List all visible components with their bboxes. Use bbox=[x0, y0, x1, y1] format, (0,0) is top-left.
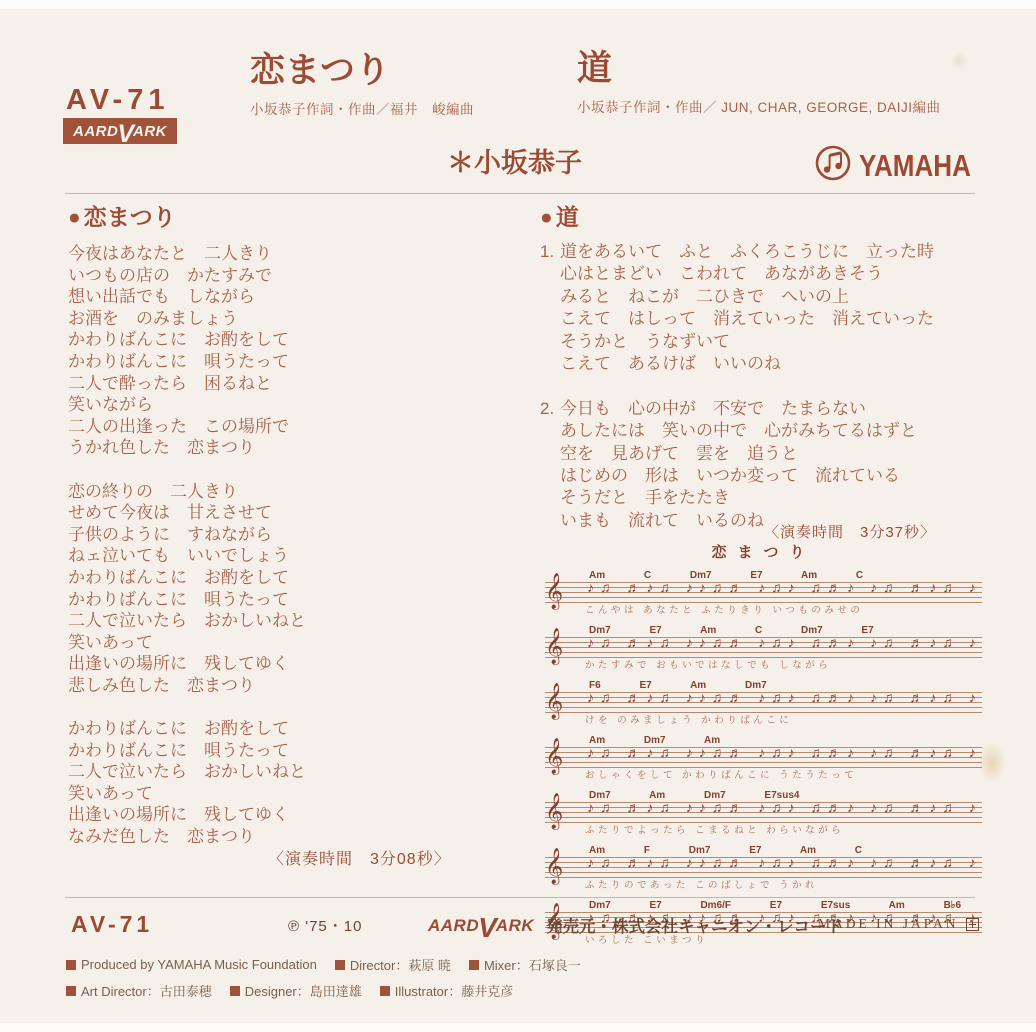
song2-credit: 小坂恭子作詞・作曲／ JUN, CHAR, GEORGE, DAIJI編曲 bbox=[577, 96, 941, 116]
note-glyphs: ♪♫ ♬♪♫ ♪♪♫♬ ♪♫♪ ♫♬♪ ♪♫ ♬♪♫ ♪♫♬ bbox=[587, 579, 980, 605]
song1-credit: 小坂恭子作詞・作曲／福井 峻編曲 bbox=[250, 98, 474, 118]
koimatsuri-section-header: ● 恋まつり bbox=[68, 206, 498, 229]
lyric-line: 二人の出逢った この場所で bbox=[68, 416, 498, 438]
verse-number bbox=[540, 443, 560, 465]
lyric-line: みると ねこが 二ひきで へいの上 bbox=[540, 286, 985, 308]
music-stave: Dm7 E7 Am C Dm7 E7 𝄞 ♪♫ ♬♪♫ ♪♪♫♬ ♪♫♪ ♫♬♪… bbox=[545, 624, 982, 672]
credit-item: Illustrator：藤井克彦 bbox=[380, 981, 513, 1000]
made-in-japan: MADE IN JAPAN bbox=[818, 916, 979, 932]
lyric-text: 心はとまどい こわれて あながあきそう bbox=[560, 263, 883, 285]
lyric-text: こえて あるけば いいのね bbox=[560, 353, 781, 375]
sheet-music-staves: Am C Dm7 E7 Am C 𝄞 ♪♫ ♬♪♫ ♪♪♫♬ ♪♫♪ ♫♬♪ ♪… bbox=[545, 569, 982, 947]
music-stave: Am Dm7 Am 𝄞 ♪♫ ♬♪♫ ♪♪♫♬ ♪♫♪ ♫♬♪ ♪♫ ♬♪♫ ♪… bbox=[545, 734, 982, 782]
credit-text: Illustrator：藤井克彦 bbox=[395, 981, 513, 1000]
lyric-line: うかれ色した 恋まつり bbox=[68, 437, 498, 459]
note-glyphs: ♪♫ ♬♪♫ ♪♪♫♬ ♪♫♪ ♫♬♪ ♪♫ ♬♪♫ ♪♫♬ bbox=[587, 799, 980, 825]
lyric-line: 悲しみ色した 恋まつり bbox=[68, 675, 498, 697]
lyric-line: 子供のように すねながら bbox=[68, 524, 498, 546]
treble-clef-icon: 𝄞 bbox=[545, 740, 563, 771]
credits-line-1: Produced by YAMAHA Music Foundation Dire… bbox=[66, 955, 971, 974]
credit-item: Produced by YAMAHA Music Foundation bbox=[66, 957, 317, 972]
lyric-line: せめて今夜は 甘えさせて bbox=[68, 502, 498, 524]
lyric-line: 1. 道をあるいて ふと ふくろこうじに 立った時 bbox=[540, 241, 985, 263]
pressing-date: ℗ '75・10 bbox=[288, 915, 362, 936]
square-bullet-icon bbox=[66, 960, 76, 970]
stave-lyrics: こんやは あなたと ふたりきり いつものみせの bbox=[545, 605, 982, 617]
lyric-line: なみだ色した 恋まつり bbox=[68, 826, 498, 848]
michi-lyrics: 1. 道をあるいて ふと ふくろこうじに 立った時 心はとまどい こわれて あな… bbox=[540, 241, 985, 532]
boxed-seal-mark bbox=[966, 918, 979, 931]
lyric-text: いまも 流れて いるのね bbox=[560, 510, 764, 532]
lyric-line: こえて はしって 消えていった 消えていった bbox=[540, 308, 985, 330]
koimatsuri-duration: 〈演奏時間 3分08秒〉 bbox=[268, 846, 451, 869]
lyric-line bbox=[68, 696, 498, 718]
catalog-number: AV-71 bbox=[66, 84, 169, 117]
note-glyphs: ♪♫ ♬♪♫ ♪♪♫♬ ♪♫♪ ♫♬♪ ♪♫ ♬♪♫ ♪♫♬ bbox=[587, 689, 980, 715]
section-title: 道 bbox=[556, 206, 579, 229]
treble-clef-icon: 𝄞 bbox=[545, 685, 563, 716]
aardvark-logo: AARDVARK bbox=[63, 118, 177, 144]
koimatsuri-lyrics-column: ● 恋まつり 今夜はあなたと 二人きり いつもの店の かたすみで 想い出話でも … bbox=[68, 206, 498, 848]
lyric-text: そうかと うなずいて bbox=[560, 331, 730, 353]
credit-item: Mixer：石塚良一 bbox=[469, 955, 581, 974]
stave-lyrics: けを のみましょう かわりばんこに bbox=[545, 715, 982, 727]
verse-number bbox=[540, 420, 560, 442]
lyric-text: こえて はしって 消えていった 消えていった bbox=[560, 308, 934, 330]
yamaha-wordmark: YAMAHA bbox=[859, 148, 971, 184]
verse-number bbox=[540, 286, 560, 308]
credit-item: Designer：島田達雄 bbox=[230, 981, 362, 1000]
lyric-line: 空を 見あげて 雲を 追うと bbox=[540, 443, 985, 465]
credit-text: Produced by YAMAHA Music Foundation bbox=[81, 957, 317, 972]
staff-lines: 𝄞 ♪♫ ♬♪♫ ♪♪♫♬ ♪♫♪ ♫♬♪ ♪♫ ♬♪♫ ♪♫♬ bbox=[545, 802, 982, 823]
lyric-line: 出逢いの場所に 残してゆく bbox=[68, 804, 498, 826]
header-divider bbox=[65, 193, 975, 194]
lyric-line: 二人で酔ったら 困るねと bbox=[68, 373, 498, 395]
publisher-text: 発売元・株式会社キャニオン・レコード bbox=[546, 913, 843, 937]
note-glyphs: ♪♫ ♬♪♫ ♪♪♫♬ ♪♫♪ ♫♬♪ ♪♫ ♬♪♫ ♪♫♬ bbox=[587, 634, 980, 660]
lyric-line: かわりばんこに お酌をして bbox=[68, 567, 498, 589]
square-bullet-icon bbox=[335, 960, 345, 970]
lyric-line: はじめの 形は いつか変って 流れている bbox=[540, 465, 985, 487]
lyric-line: かわりばんこに お酌をして bbox=[68, 718, 498, 740]
verse-number bbox=[540, 353, 560, 375]
yamaha-logo: YAMAHA bbox=[814, 144, 992, 187]
lyric-line: かわりばんこに お酌をして bbox=[68, 329, 498, 351]
lyric-line: 心はとまどい こわれて あながあきそう bbox=[540, 263, 985, 285]
lyric-line: 笑いながら bbox=[68, 394, 498, 416]
staff-lines: 𝄞 ♪♫ ♬♪♫ ♪♪♫♬ ♪♫♪ ♫♬♪ ♪♫ ♬♪♫ ♪♫♬ bbox=[545, 637, 982, 658]
section-title: 恋まつり bbox=[84, 206, 176, 229]
staff-lines: 𝄞 ♪♫ ♬♪♫ ♪♪♫♬ ♪♫♪ ♫♬♪ ♪♫ ♬♪♫ ♪♫♬ bbox=[545, 747, 982, 768]
lyric-line: かわりばんこに 唄うたって bbox=[68, 589, 498, 611]
staff-lines: 𝄞 ♪♫ ♬♪♫ ♪♪♫♬ ♪♫♪ ♫♬♪ ♪♫ ♬♪♫ ♪♫♬ bbox=[545, 692, 982, 713]
credit-item: Art Director：古田泰穂 bbox=[66, 981, 212, 1000]
lyric-line: そうかと うなずいて bbox=[540, 331, 985, 353]
lyric-line: 出逢いの場所に 残してゆく bbox=[68, 653, 498, 675]
credits-line-2: Art Director：古田泰穂 Designer：島田達雄 Illustra… bbox=[66, 981, 971, 1000]
sheet-music: 恋まつり Am C Dm7 E7 Am C 𝄞 ♪♫ ♬♪♫ ♪♪♫♬ ♪♫♪ … bbox=[545, 541, 982, 947]
verse-number bbox=[540, 263, 560, 285]
scan-edge-bottom bbox=[0, 1023, 1036, 1032]
music-stave: Dm7 Am Dm7 E7sus4 𝄞 ♪♫ ♬♪♫ ♪♪♫♬ ♪♫♪ ♫♬♪ … bbox=[545, 789, 982, 837]
song1-title: 恋まつり bbox=[250, 52, 474, 91]
lyric-line: 笑いあって bbox=[68, 783, 498, 805]
credit-text: Art Director：古田泰穂 bbox=[81, 981, 212, 1000]
aardvark-logo-text: ARK bbox=[133, 124, 167, 139]
stave-lyrics: おしゃくをして かわりばんこに うたうたって bbox=[545, 770, 982, 782]
credit-text: Mixer：石塚良一 bbox=[484, 955, 581, 974]
lyric-line: そうだと 手をたたき bbox=[540, 487, 985, 509]
lyric-line: 恋の終りの 二人きり bbox=[68, 481, 498, 503]
lyric-line bbox=[68, 459, 498, 481]
verse-number bbox=[540, 308, 560, 330]
michi-duration: 〈演奏時間 3分37秒〉 bbox=[764, 521, 936, 542]
aardvark-logo-text: ARK bbox=[496, 917, 534, 934]
tuning-fork-icon bbox=[814, 144, 852, 187]
treble-clef-icon: 𝄞 bbox=[545, 630, 563, 661]
lyric-text: そうだと 手をたたき bbox=[560, 487, 730, 509]
made-in-text: MADE IN JAPAN bbox=[818, 916, 959, 932]
treble-clef-icon: 𝄞 bbox=[545, 795, 563, 826]
note-glyphs: ♪♫ ♬♪♫ ♪♪♫♬ ♪♫♪ ♫♬♪ ♪♫ ♬♪♫ ♪♫♬ bbox=[587, 744, 980, 770]
lyric-text: あしたには 笑いの中で 心がみちてるはずと bbox=[560, 420, 917, 442]
lyric-line: 想い出話でも しながら bbox=[68, 286, 498, 308]
lyric-line: ねェ泣いても いいでしょう bbox=[68, 545, 498, 567]
aardvark-logo-footer: AARDVARK bbox=[428, 911, 534, 939]
lyric-text: 空を 見あげて 雲を 追うと bbox=[560, 443, 798, 465]
aardvark-logo-v: V bbox=[117, 122, 134, 147]
footer-catalog-number: AV-71 bbox=[71, 911, 153, 938]
lyric-line: 二人で泣いたら おかしいねと bbox=[68, 761, 498, 783]
staff-lines: 𝄞 ♪♫ ♬♪♫ ♪♪♫♬ ♪♫♪ ♫♬♪ ♪♫ ♬♪♫ ♪♫♬ bbox=[545, 582, 982, 603]
verse-number: 2. bbox=[540, 398, 560, 420]
stave-lyrics: ふたりのであった このばしょで うかれ bbox=[545, 880, 982, 892]
square-bullet-icon bbox=[380, 986, 390, 996]
credit-text: Director：萩原 暁 bbox=[350, 955, 451, 974]
sheet-music-title: 恋まつり bbox=[545, 541, 982, 562]
verse-number bbox=[540, 331, 560, 353]
lyric-line: いつもの店の かたすみで bbox=[68, 265, 498, 287]
music-stave: Am C Dm7 E7 Am C 𝄞 ♪♫ ♬♪♫ ♪♪♫♬ ♪♫♪ ♫♬♪ ♪… bbox=[545, 569, 982, 617]
koimatsuri-lyrics: 今夜はあなたと 二人きり いつもの店の かたすみで 想い出話でも しながら お酒… bbox=[68, 243, 498, 848]
verse-number bbox=[540, 510, 560, 532]
song2-header: 道 小坂恭子作詞・作曲／ JUN, CHAR, GEORGE, DAIJI編曲 bbox=[577, 50, 941, 116]
lyric-line: あしたには 笑いの中で 心がみちてるはずと bbox=[540, 420, 985, 442]
music-stave: F6 E7 Am Dm7 𝄞 ♪♫ ♬♪♫ ♪♪♫♬ ♪♫♪ ♫♬♪ ♪♫ ♬♪… bbox=[545, 679, 982, 727]
stave-lyrics: ふたりでよったら こまるねと わらいながら bbox=[545, 825, 982, 837]
verse-number: 1. bbox=[540, 241, 560, 263]
scan-edge-top bbox=[0, 0, 1036, 9]
production-credits: Produced by YAMAHA Music Foundation Dire… bbox=[66, 955, 971, 1007]
michi-lyrics-column: ● 道 1. 道をあるいて ふと ふくろこうじに 立った時 心はとまどい こわれ… bbox=[540, 206, 985, 532]
credit-text: Designer：島田達雄 bbox=[245, 981, 362, 1000]
square-bullet-icon bbox=[230, 986, 240, 996]
square-bullet-icon bbox=[469, 960, 479, 970]
lyric-text: 今日も 心の中が 不安で たまらない bbox=[560, 398, 866, 420]
verse-number bbox=[540, 487, 560, 509]
verse-number bbox=[540, 375, 560, 397]
bullet-icon: ● bbox=[68, 207, 81, 228]
aardvark-logo-text: AARD bbox=[428, 917, 479, 934]
aardvark-logo-text: AARD bbox=[73, 124, 118, 139]
lyric-text: みると ねこが 二ひきで へいの上 bbox=[560, 286, 849, 308]
treble-clef-icon: 𝄞 bbox=[545, 575, 563, 606]
aardvark-logo-v: V bbox=[478, 914, 497, 942]
stave-lyrics: かたすみで おもいではなしでも しながら bbox=[545, 660, 982, 672]
song1-header: 恋まつり 小坂恭子作詞・作曲／福井 峻編曲 bbox=[250, 52, 474, 118]
square-bullet-icon bbox=[66, 986, 76, 996]
lyric-line: かわりばんこに 唄うたって bbox=[68, 351, 498, 373]
song2-title: 道 bbox=[577, 50, 941, 89]
credit-item: Director：萩原 暁 bbox=[335, 955, 451, 974]
michi-section-header: ● 道 bbox=[540, 206, 985, 229]
lyric-line: かわりばんこに 唄うたって bbox=[68, 740, 498, 762]
footer-divider bbox=[65, 897, 975, 898]
lyric-line: こえて あるけば いいのね bbox=[540, 353, 985, 375]
lyric-line: 二人で泣いたら おかしいねと bbox=[68, 610, 498, 632]
lyric-line: 2. 今日も 心の中が 不安で たまらない bbox=[540, 398, 985, 420]
note-glyphs: ♪♫ ♬♪♫ ♪♪♫♬ ♪♫♪ ♫♬♪ ♪♫ ♬♪♫ ♪♫♬ bbox=[587, 854, 980, 880]
bullet-icon: ● bbox=[540, 207, 553, 228]
treble-clef-icon: 𝄞 bbox=[545, 850, 563, 881]
lyric-line: 笑いあって bbox=[68, 632, 498, 654]
lyric-line bbox=[540, 375, 985, 397]
lyric-line: 今夜はあなたと 二人きり bbox=[68, 243, 498, 265]
artist-name: ＊小坂恭子 bbox=[447, 141, 582, 180]
verse-number bbox=[540, 465, 560, 487]
lyric-text: はじめの 形は いつか変って 流れている bbox=[560, 465, 900, 487]
music-stave: Am F Dm7 E7 Am C 𝄞 ♪♫ ♬♪♫ ♪♪♫♬ ♪♫♪ ♫♬♪ ♪… bbox=[545, 844, 982, 892]
staff-lines: 𝄞 ♪♫ ♬♪♫ ♪♪♫♬ ♪♫♪ ♫♬♪ ♪♫ ♬♪♫ ♪♫♬ bbox=[545, 857, 982, 878]
lyric-line: お酒を のみましょう bbox=[68, 308, 498, 330]
lyric-text: 道をあるいて ふと ふくろこうじに 立った時 bbox=[560, 241, 934, 263]
